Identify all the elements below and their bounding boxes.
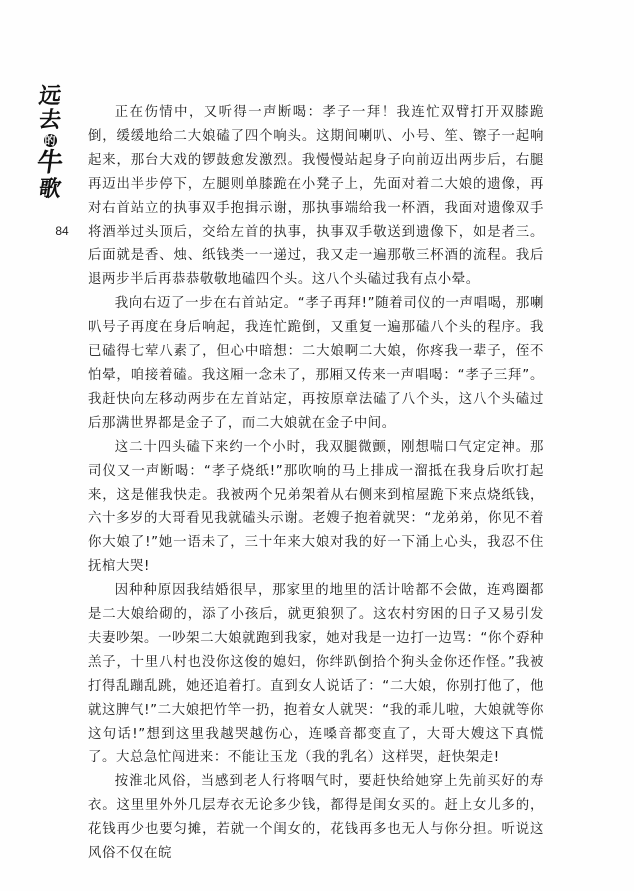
paragraph: 我向右迈了一步在右首站定。“孝子再拜!”随着司仪的一声唱喝，那喇叭号子再度在身后… (88, 292, 544, 435)
book-page: 远 去 的 牛 歌 84 正在伤情中，又听得一声断喝：孝子一拜！我连忙双臂打开双… (0, 0, 634, 891)
paragraph: 因种种原因我结婚很早，那家里的地里的活计啥都不会做，连鸡圈都是二大娘给砌的，添了… (88, 579, 544, 770)
body-text: 正在伤情中，又听得一声断喝：孝子一拜！我连忙双臂打开双膝跪倒，缓缓地给二大娘磕了… (88, 101, 544, 866)
book-title-char: 牛 (35, 149, 65, 177)
book-title-char: 的 (44, 134, 57, 147)
book-title-char: 歌 (37, 177, 62, 201)
book-title-char: 去 (37, 108, 62, 132)
book-title-char: 远 (37, 84, 62, 108)
page-number: 84 (50, 224, 74, 238)
paragraph: 这二十四头磕下来约一个小时，我双腿微颤，刚想喘口气定定神。那司仪又一声断喝：“孝… (88, 436, 544, 579)
paragraph: 按淮北风俗，当感到老人行将咽气时，要赶快给她穿上先前买好的寿衣。这里里外外几层寿… (88, 770, 544, 866)
paragraph: 正在伤情中，又听得一声断喝：孝子一拜！我连忙双臂打开双膝跪倒，缓缓地给二大娘磕了… (88, 101, 544, 292)
book-title-calligraphy-logo: 远 去 的 牛 歌 (30, 84, 70, 204)
